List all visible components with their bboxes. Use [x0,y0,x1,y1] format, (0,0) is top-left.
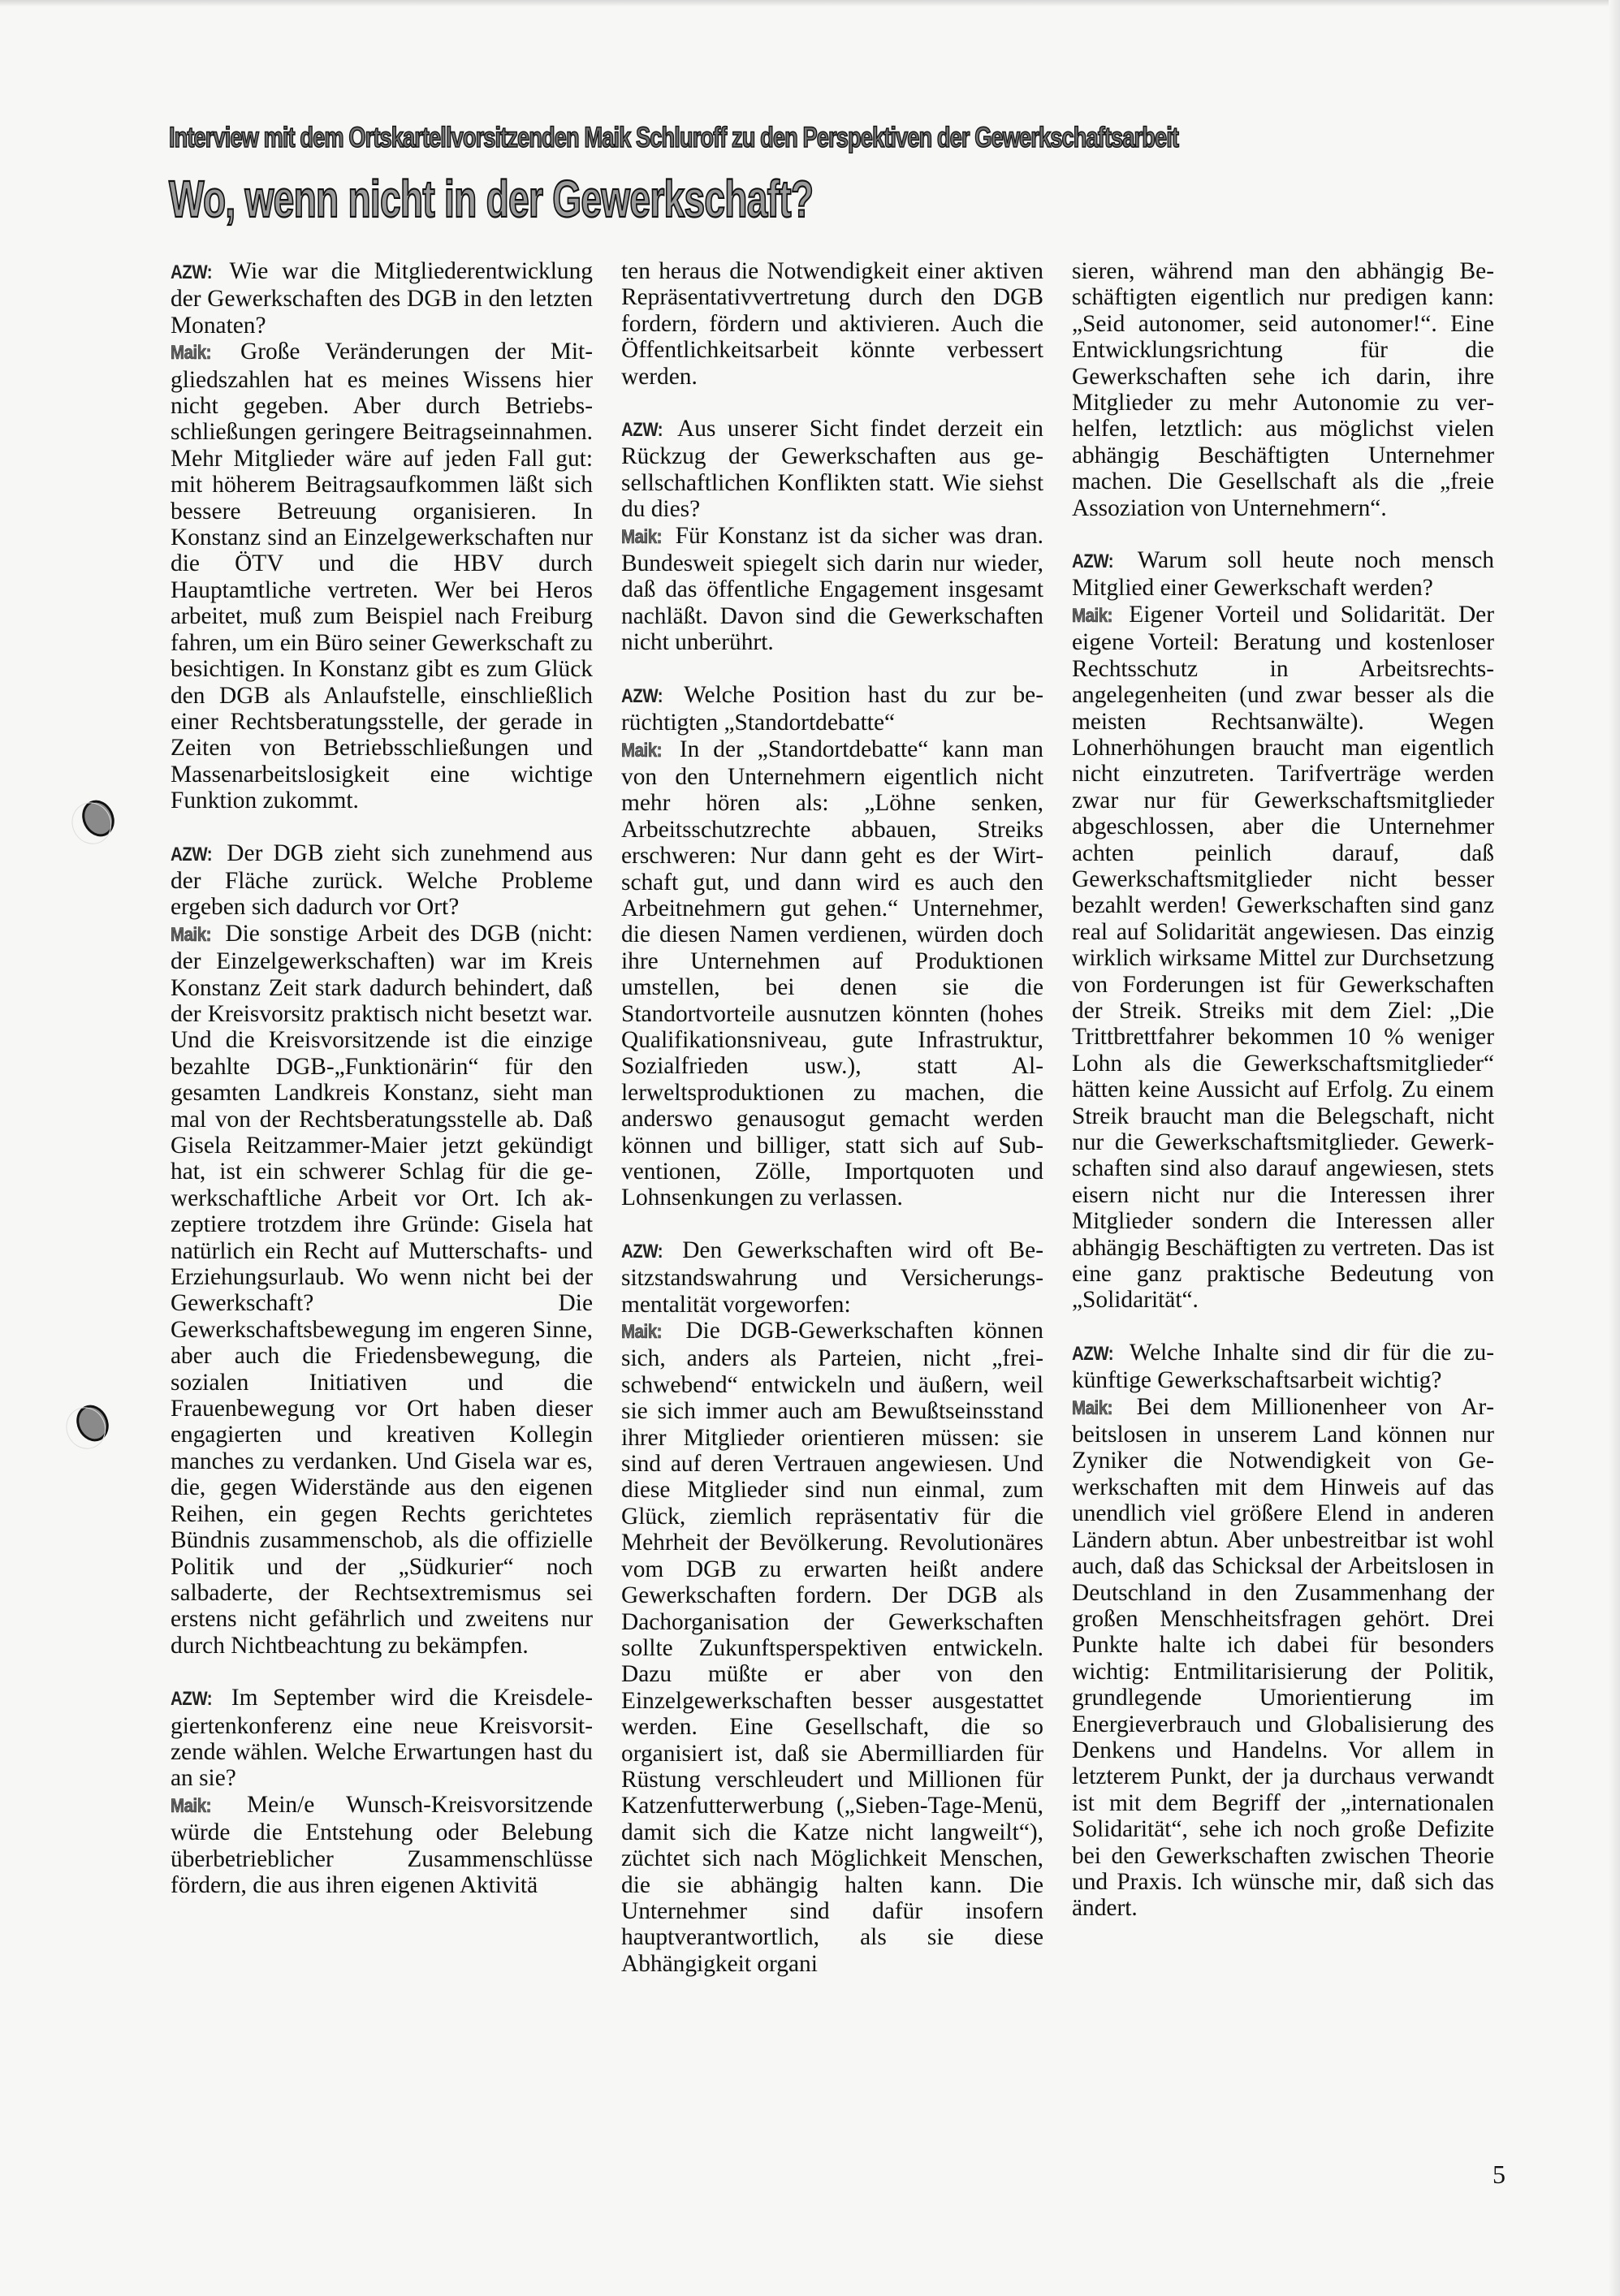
column-3: sieren, während man den abhängig Be­schä… [1072,258,1494,2003]
question-paragraph: AZW: Warum soll heute noch mensch Mitgli… [1072,547,1494,602]
paragraph-text: Welche Inhalte sind dir für die zu­künft… [1072,1340,1494,1393]
page-top-edge [0,0,1620,6]
punch-hole-upper [76,795,120,842]
qa-block: AZW: Wie war die Mitgliederentwick­lung … [171,258,593,814]
qa-block: AZW: Welche Position hast du zur be­rüch… [621,682,1043,1211]
paragraph-text: Im September wird die Kreisdele­giertenk… [171,1685,593,1791]
question-paragraph: AZW: Aus unserer Sicht findet derzeit ei… [621,416,1043,523]
question-paragraph: AZW: Den Gewerkschaften wird oft Be­sitz… [621,1237,1043,1318]
speaker-label: Maik: [1072,1396,1112,1422]
paragraph-text: Welche Position hast du zur be­rüchtigte… [621,682,1043,736]
paragraph-text: ten heraus die Notwendigkeit einer akti­… [621,258,1043,390]
paragraph-text: Warum soll heute noch mensch Mitglied ei… [1072,547,1494,601]
qa-block: sieren, während man den abhängig Be­schä… [1072,258,1494,521]
question-paragraph: AZW: Der DGB zieht sich zunehmend aus de… [171,840,593,921]
speaker-label: Maik: [621,738,662,764]
speaker-label: Maik: [171,922,211,948]
speaker-label: Maik: [1072,603,1112,629]
qa-block: AZW: Den Gewerkschaften wird oft Be­sitz… [621,1237,1043,1977]
answer-paragraph: Maik: Die DGB-Gewerkschaften können sich… [621,1318,1043,1977]
article-columns: AZW: Wie war die Mitgliederentwick­lung … [171,258,1494,2003]
answer-paragraph: Maik: Eigener Vorteil und Solidarität. D… [1072,602,1494,1314]
paragraph-text: Große Veränderungen der Mit­gliedszahlen… [171,339,593,814]
speaker-label: AZW: [1072,1341,1113,1367]
speaker-label: AZW: [171,260,212,286]
paragraph-text: Wie war die Mitgliederentwick­lung der G… [171,258,593,339]
column-1: AZW: Wie war die Mitgliederentwick­lung … [171,258,593,2003]
answer-paragraph: Maik: Mein/e Wunsch-Kreisvorsitzende wür… [171,1792,593,1899]
paragraph-text: Aus unserer Sicht findet derzeit ein Rüc… [621,416,1043,522]
punch-hole-lower [71,1400,114,1447]
article-kicker: Interview mit dem Ortskartellvorsitzende… [169,122,1195,154]
qa-block: ten heraus die Notwendigkeit einer akti­… [621,258,1043,390]
speaker-label: AZW: [171,842,212,868]
paragraph-text: Für Konstanz ist da sicher was dran. Bun… [621,523,1043,656]
qa-block: AZW: Der DGB zieht sich zunehmend aus de… [171,840,593,1659]
answer-paragraph: ten heraus die Notwendigkeit einer akti­… [621,258,1043,390]
paragraph-text: Mein/e Wunsch-Kreisvorsitzende würde die… [171,1792,593,1898]
qa-block: AZW: Warum soll heute noch mensch Mitgli… [1072,547,1494,1314]
column-2: ten heraus die Notwendigkeit einer akti­… [621,258,1043,2003]
speaker-label: AZW: [621,417,663,443]
paragraph-text: Der DGB zieht sich zunehmend aus der Flä… [171,840,593,921]
page-number: 5 [1493,2160,1506,2190]
qa-block: AZW: Aus unserer Sicht findet derzeit ei… [621,416,1043,656]
answer-paragraph: Maik: Bei dem Millionenheer von Ar­beits… [1072,1394,1494,1922]
speaker-label: AZW: [621,1239,663,1265]
speaker-label: AZW: [171,1686,212,1712]
paragraph-text: Die DGB-Gewerkschaften können sich, ande… [621,1318,1043,1977]
speaker-label: Maik: [621,524,662,550]
question-paragraph: AZW: Im September wird die Kreisdele­gie… [171,1685,593,1792]
answer-paragraph: Maik: Die sonstige Arbeit des DGB (nicht… [171,921,593,1659]
speaker-label: Maik: [171,340,211,366]
article-headline: Wo, wenn nicht in der Gewerkschaft? [169,169,813,229]
answer-paragraph: Maik: Für Konstanz ist da sicher was dra… [621,523,1043,656]
question-paragraph: AZW: Wie war die Mitgliederentwick­lung … [171,258,593,339]
answer-paragraph: Maik: In der „Standortdebatte“ kann man … [621,736,1043,1211]
speaker-label: AZW: [621,684,663,710]
paragraph-text: sieren, während man den abhängig Be­schä… [1072,258,1494,521]
paragraph-text: In der „Standortdebatte“ kann man von de… [621,736,1043,1211]
qa-block: AZW: Welche Inhalte sind dir für die zu­… [1072,1340,1494,1922]
answer-paragraph: sieren, während man den abhängig Be­schä… [1072,258,1494,521]
speaker-label: AZW: [1072,549,1113,575]
answer-paragraph: Maik: Große Veränderungen der Mit­glieds… [171,339,593,814]
paragraph-text: Bei dem Millionenheer von Ar­beitslosen … [1072,1394,1494,1922]
paragraph-text: Den Gewerkschaften wird oft Be­sitzstand… [621,1237,1043,1318]
question-paragraph: AZW: Welche Inhalte sind dir für die zu­… [1072,1340,1494,1394]
page-right-edge [1609,0,1620,2296]
question-paragraph: AZW: Welche Position hast du zur be­rüch… [621,682,1043,736]
speaker-label: Maik: [171,1793,211,1819]
paragraph-text: Eigener Vorteil und Solidarität. Der eig… [1072,602,1494,1314]
speaker-label: Maik: [621,1319,662,1345]
qa-block: AZW: Im September wird die Kreisdele­gie… [171,1685,593,1898]
paragraph-text: Die sonstige Arbeit des DGB (nicht: der … [171,921,593,1659]
